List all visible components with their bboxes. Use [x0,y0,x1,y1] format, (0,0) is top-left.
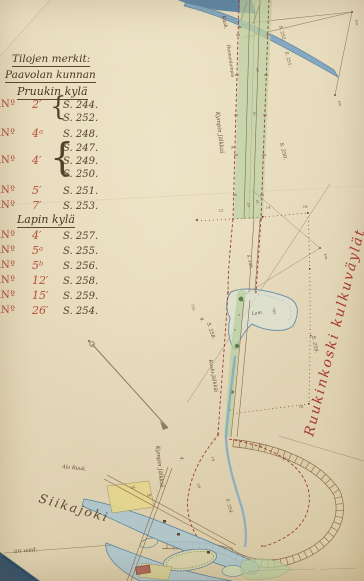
s-values: S. 255. [63,245,98,258]
legend-row: RNº 12′ S. 258. [0,274,170,288]
map-label-kympin-jalkkia-2: Kympin Jälkkiä [154,445,164,488]
rn-number: 15′ [32,289,49,302]
rn-number: 26′ [32,304,49,317]
map-label-four-kympin2: 4. [178,455,185,462]
rn-label: RNº [0,230,15,241]
map-label-s254: S. 254. [224,498,234,515]
s-value: S. 255. [63,245,98,258]
rn-number: 7′ [32,199,42,212]
rn-label: RNº [0,275,15,286]
map-label-koski-jalkkia: Koski-Jälkkiä [207,358,219,392]
s-values: S. 254. [63,305,98,318]
boundary-stones [217,218,263,547]
s-values: S. 253. [63,200,98,213]
map-label-s259: S. 259. [310,335,319,354]
legend-village-lapin: Lapin kylä [17,213,75,228]
map-label-s250: S. 250. [278,142,288,161]
legend-row: RNº 5′ S. 251. [0,184,170,198]
legend-row: RNº 7′ S. 253. [0,199,170,213]
map-label-four-s258: 4. [198,316,206,323]
legend-municipality: Paavolan kunnan [5,69,96,83]
map-label-st19: 19. [210,456,216,463]
legend: Tilojen merkit: Paavolan kunnan Pruukin … [0,0,170,340]
map-label-km-a: km. [354,19,360,26]
rn-number: 5′ [32,184,42,197]
s-value: S. 250. [63,168,98,181]
legend-row: RNº 5ᵃ S. 255. [0,244,170,258]
s-value: S. 247. [63,142,98,155]
s-values: S. 244. S. 252. [63,99,98,125]
map-label-km-c: km. [323,253,329,260]
map-label-an-wed: an wed. [14,546,38,555]
legend-row: RNº 2′ { S. 244. S. 252. [0,98,170,112]
rn-label: RNº [0,305,15,316]
legend-row: RNº 4ᵃ S. 248. [0,127,170,141]
s-values: S. 258. [63,275,98,288]
map-label-c16: 16. [303,204,309,209]
map-label-s251: S. 251. [283,51,293,68]
map-sheet: Kask. Ruonanlampia 4. S. 252. S. 251. Ky… [0,0,364,581]
map-label-n733: 733. [190,303,196,312]
s-values: S. 247. S. 249. S. 250. [63,142,98,181]
rn-label: RNº [0,290,15,301]
rn-label: RNº [0,200,15,211]
map-label-st20: 20. [196,482,202,489]
rn-number: 4′ [32,154,42,167]
rn-number: 4′ [32,229,42,242]
s-value: S. 251. [63,185,98,198]
s-value: S. 254. [63,305,98,318]
map-label-siikajoki: Siikajoki [37,490,111,524]
map-label-kympin-jalkkia-1: Kympin Jälkkiä [214,111,224,154]
rn-label: RNº [0,245,15,256]
map-label-c18: 18. [299,404,305,409]
s-value: S. 253. [63,200,98,213]
s-values: S. 257. [63,230,98,243]
map-label-s258: S. 258. [205,322,216,341]
rn-number: 5ᵃ [32,244,43,257]
map-label-s249: S. 249. [246,254,254,269]
s-values: S. 251. [63,185,98,198]
map-label-c12: 12. [219,208,225,213]
map-label-ala-ruuk: Ala Ruuk. [61,464,87,473]
s-value: S. 257. [63,230,98,243]
north-arrow [88,340,168,430]
rn-label: RNº [0,128,15,139]
legend-row: RNº 4′ S. 257. [0,229,170,243]
map-title-waterway: Ruukinkoski kulkuväylät [301,227,364,439]
legend-row: RNº 5ᵇ S. 256. [0,259,170,273]
s-value: S. 252. [63,112,98,125]
map-label-four-kympin1: 4. [229,144,236,151]
s-values: S. 259. [63,290,98,303]
s-value: S. 249. [63,155,98,168]
corridor-green-strip [234,0,272,219]
legend-title: Tilojen merkit: [12,53,90,67]
legend-row: RNº 4′ { S. 247. S. 249. S. 250. [0,141,170,155]
s-values: S. 256. [63,260,98,273]
rn-number: 5ᵇ [32,259,43,272]
rn-label: RNº [0,99,15,110]
legend-row: RNº 26′ S. 254. [0,304,170,318]
s-value: S. 258. [63,275,98,288]
map-label-c14: 14. [266,205,272,210]
map-label-ruonanlampia: Ruonanlampia [225,43,236,78]
rn-number: 2′ [32,98,42,111]
navy-corner [0,552,40,581]
rn-label: RNº [0,260,15,271]
map-label-km-b: km. [337,100,343,107]
s-value: S. 259. [63,290,98,303]
corridor [233,0,272,219]
rn-number: 12′ [32,274,49,287]
rn-number: 4ᵃ [32,127,43,140]
s-value: S. 256. [63,260,98,273]
s-value: S. 244. [63,99,98,112]
legend-row: RNº 15′ S. 259. [0,289,170,303]
rn-label: RNº [0,185,15,196]
rn-label: RNº [0,155,15,166]
